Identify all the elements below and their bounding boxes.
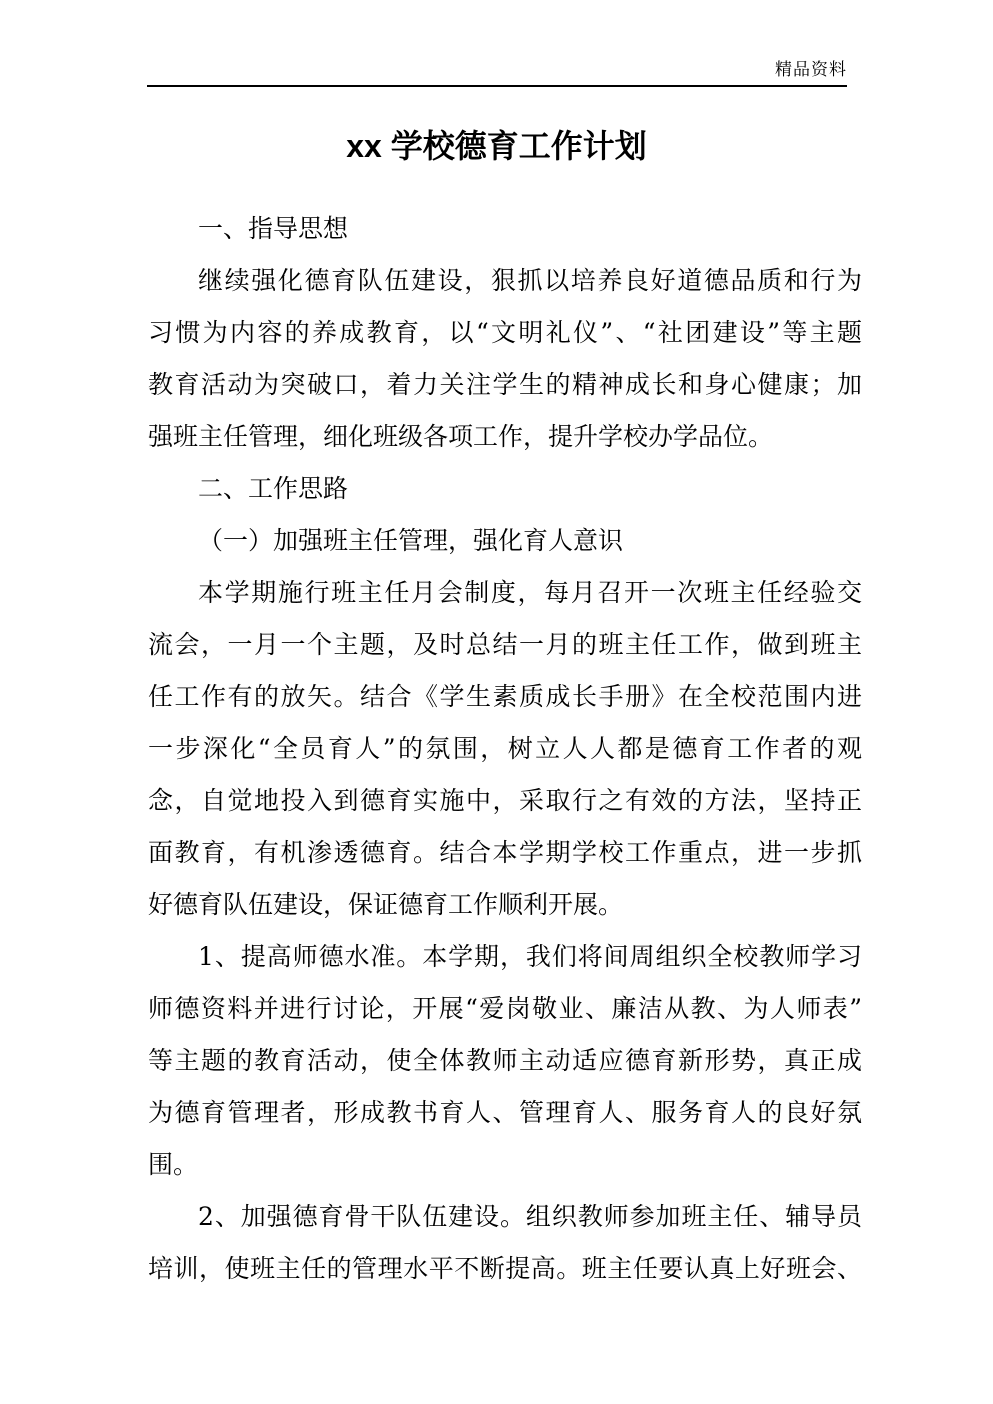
- document-line: 等主题的教育活动，使全体教师主动适应德育新形势，真正成: [148, 1035, 862, 1087]
- document-line: （一）加强班主任管理，强化育人意识: [148, 515, 862, 567]
- document-line: 为德育管理者，形成教书育人、管理育人、服务育人的良好氛: [148, 1087, 862, 1139]
- document-line: 围。: [148, 1139, 862, 1191]
- document-line: 念，自觉地投入到德育实施中，采取行之有效的方法，坚持正: [148, 775, 862, 827]
- document-line: 2、加强德育骨干队伍建设。组织教师参加班主任、辅导员: [148, 1191, 862, 1243]
- document-body: 一、指导思想继续强化德育队伍建设，狠抓以培养良好道德品质和行为习惯为内容的养成教…: [148, 203, 862, 1295]
- document-line: 一步深化“全员育人”的氛围，树立人人都是德育工作者的观: [148, 723, 862, 775]
- document-line: 师德资料并进行讨论，开展“爱岗敬业、廉洁从教、为人师表”: [148, 983, 862, 1035]
- document-line: 1、提高师德水准。本学期，我们将间周组织全校教师学习: [148, 931, 862, 983]
- document-line: 好德育队伍建设，保证德育工作顺利开展。: [148, 879, 862, 931]
- document-line: 教育活动为突破口，着力关注学生的精神成长和身心健康；加: [148, 359, 862, 411]
- document-line: 任工作有的放矢。结合《学生素质成长手册》在全校范围内进: [148, 671, 862, 723]
- document-line: 继续强化德育队伍建设，狠抓以培养良好道德品质和行为: [148, 255, 862, 307]
- document-page: 精品资料 xx 学校德育工作计划 一、指导思想继续强化德育队伍建设，狠抓以培养良…: [0, 0, 993, 1404]
- document-line: 流会，一月一个主题，及时总结一月的班主任工作，做到班主: [148, 619, 862, 671]
- document-line: 培训，使班主任的管理水平不断提高。班主任要认真上好班会、: [148, 1243, 862, 1295]
- document-line: 习惯为内容的养成教育，以“文明礼仪”、“社团建设”等主题: [148, 307, 862, 359]
- document-line: 一、指导思想: [148, 203, 862, 255]
- document-line: 二、工作思路: [148, 463, 862, 515]
- header-watermark-label: 精品资料: [775, 55, 847, 80]
- document-line: 面教育，有机渗透德育。结合本学期学校工作重点，进一步抓: [148, 827, 862, 879]
- document-line: 强班主任管理，细化班级各项工作，提升学校办学品位。: [148, 411, 862, 463]
- document-line: 本学期施行班主任月会制度，每月召开一次班主任经验交: [148, 567, 862, 619]
- page-header: 精品资料: [147, 0, 847, 87]
- document-title: xx 学校德育工作计划: [0, 124, 993, 168]
